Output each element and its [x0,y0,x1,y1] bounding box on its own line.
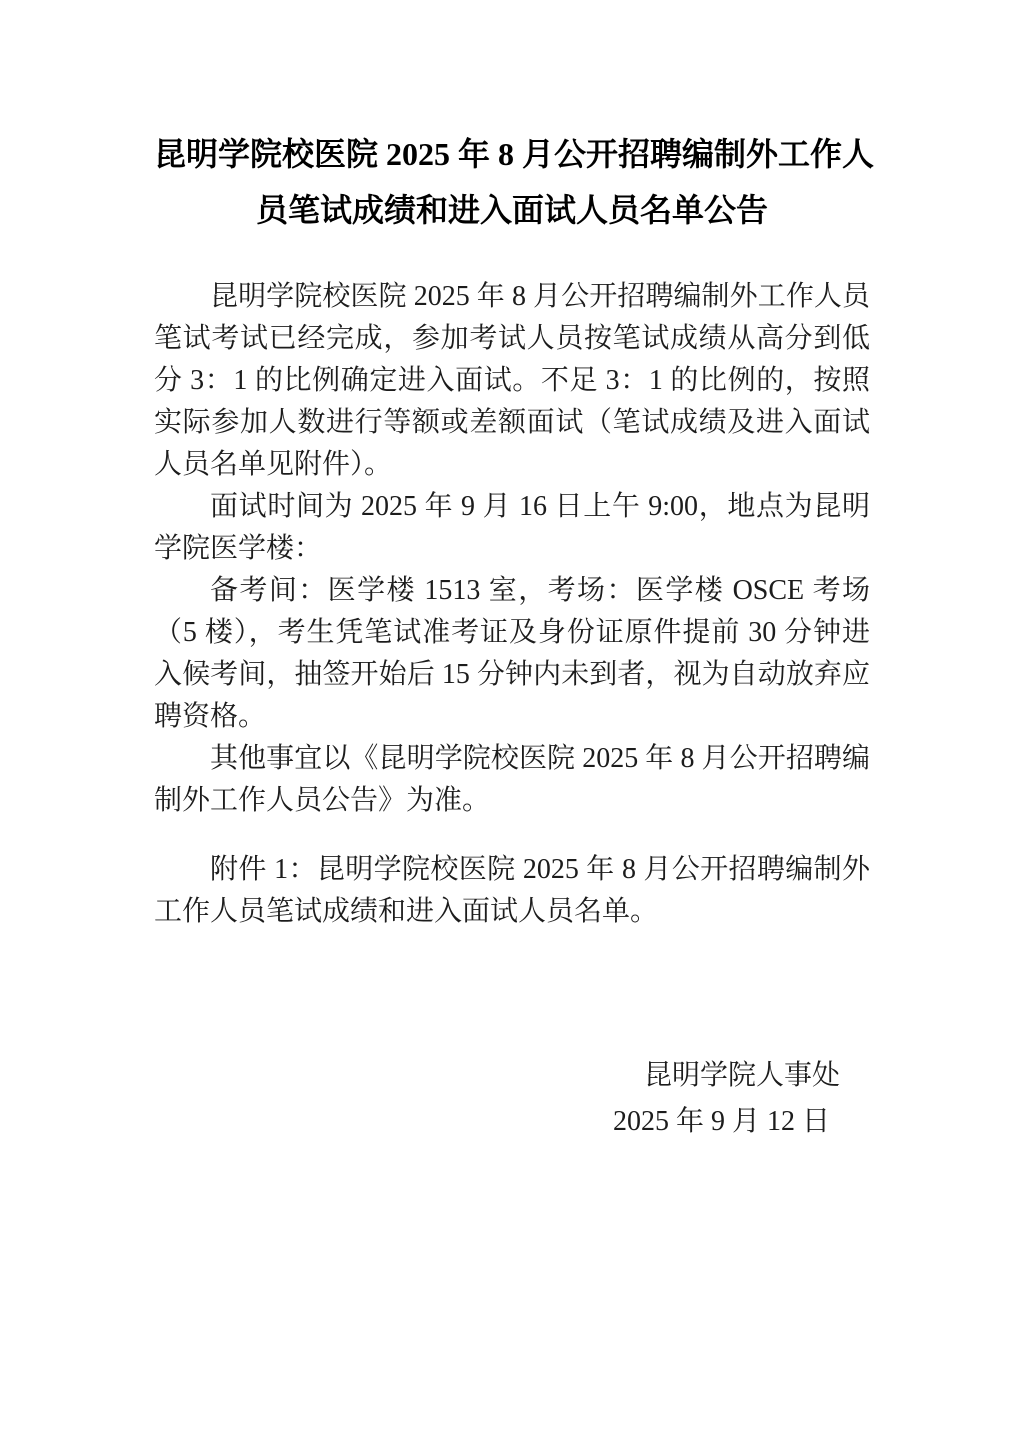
title-line-1: 昆明学院校医院 2025 年 8 月公开招聘编制外工作人 [154,126,870,182]
attachment-note: 附件 1：昆明学院校医院 2025 年 8 月公开招聘编制外工作人员笔试成绩和进… [154,849,870,933]
document-page: 昆明学院校医院 2025 年 8 月公开招聘编制外工作人 员笔试成绩和进入面试人… [0,0,1024,1448]
signature-org: 昆明学院人事处 [154,1053,840,1099]
paragraph-interview-time: 面试时间为 2025 年 9 月 16 日上午 9:00，地点为昆明学院医学楼： [154,486,870,570]
document-title: 昆明学院校医院 2025 年 8 月公开招聘编制外工作人 员笔试成绩和进入面试人… [154,126,870,238]
document-body: 昆明学院校医院 2025 年 8 月公开招聘编制外工作人员笔试考试已经完成，参加… [154,276,870,933]
paragraph-other-matters: 其他事宜以《昆明学院校医院 2025 年 8 月公开招聘编制外工作人员公告》为准… [154,738,870,822]
signature-block: 昆明学院人事处 2025 年 9 月 12 日 [154,1053,870,1145]
title-line-2: 员笔试成绩和进入面试人员名单公告 [154,182,870,238]
paragraph-exam-completed: 昆明学院校医院 2025 年 8 月公开招聘编制外工作人员笔试考试已经完成，参加… [154,276,870,486]
paragraph-venue-rules: 备考间：医学楼 1513 室，考场：医学楼 OSCE 考场（5 楼），考生凭笔试… [154,570,870,738]
page: { "page": { "background_color": "#ffffff… [0,0,1024,1448]
signature-date: 2025 年 9 月 12 日 [154,1099,840,1145]
